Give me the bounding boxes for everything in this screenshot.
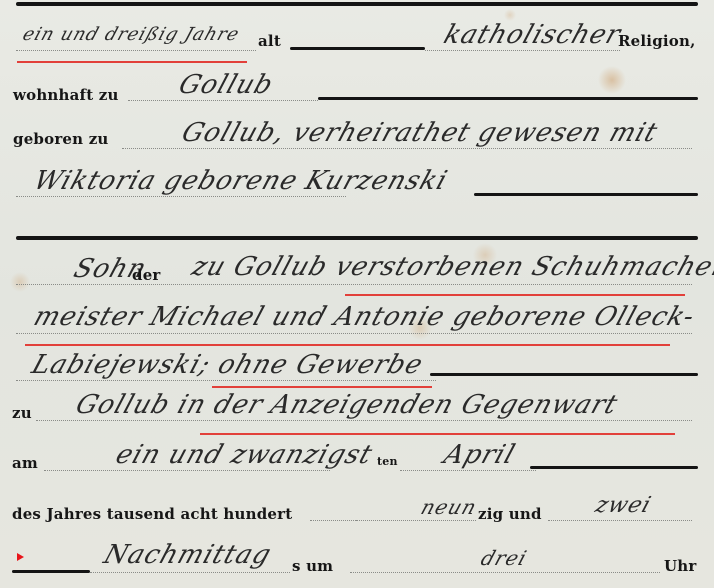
section-rule (16, 236, 698, 240)
printed-label-religion: Religion, (618, 32, 696, 50)
red-underline-annotation (25, 344, 670, 346)
fill-line (90, 572, 290, 573)
form-rule (530, 466, 698, 469)
form-rule (318, 97, 698, 100)
printed-label-geboren: geboren zu (13, 130, 109, 148)
fill-line (425, 50, 620, 51)
printed-label-s-um: s um (292, 557, 333, 575)
form-rule (290, 47, 425, 50)
handwritten-hour: drei (478, 546, 530, 570)
red-underline-annotation (17, 61, 247, 63)
printed-label-zig-und: zig und (478, 505, 542, 523)
fill-line (122, 148, 692, 149)
handwritten-age: ein und dreißig Jahre (20, 24, 242, 45)
handwritten-mother-occupation: Labiejewski; ohne Gewerbe (28, 350, 427, 380)
form-rule (16, 2, 698, 6)
printed-label-wohnhaft: wohnhaft zu (13, 86, 119, 104)
printed-label-zu: zu (12, 404, 32, 422)
fill-line (16, 380, 436, 381)
fill-line (548, 520, 692, 521)
handwritten-time-of-day: Nachmittag (100, 540, 275, 570)
handwritten-year-tens: neun (418, 495, 480, 519)
red-marker-triangle (17, 553, 24, 561)
form-rule (474, 193, 698, 196)
fill-line (16, 284, 692, 285)
handwritten-residence: Gollub (175, 70, 277, 100)
handwritten-parents-line2: meister Michael und Antonie geborene Oll… (30, 302, 699, 332)
handwritten-birthplace: Gollub, verheirathet gewesen mit (178, 118, 662, 148)
red-underline-annotation (212, 386, 432, 388)
fill-line (400, 470, 536, 471)
handwritten-parents-line1: zu Gollub verstorbenen Schuhmacher- (188, 252, 714, 282)
fill-line (356, 520, 476, 521)
fill-line (16, 196, 346, 197)
scanned-document-page: ein und dreißig Jahre alt katholischer R… (0, 0, 714, 588)
printed-label-uhr: Uhr (664, 557, 697, 575)
handwritten-year-units: zwei (592, 493, 655, 518)
form-rule (12, 570, 90, 573)
fill-line (16, 50, 256, 51)
printed-label-der: der (132, 266, 161, 284)
red-underline-annotation (200, 433, 675, 435)
fill-line (36, 420, 692, 421)
handwritten-place-presence: Gollub in der Anzeigenden Gegenwart (72, 390, 622, 420)
handwritten-religion: katholischer (440, 20, 625, 50)
printed-label-year: des Jahres tausend acht hundert (12, 505, 292, 523)
handwritten-month: April (440, 440, 519, 470)
printed-label-am: am (12, 454, 38, 472)
form-rule (430, 373, 698, 376)
fill-line (44, 470, 330, 471)
fill-line (16, 333, 692, 334)
printed-label-alt: alt (258, 32, 281, 50)
fill-line (350, 572, 660, 573)
handwritten-day: ein und zwanzigst (112, 440, 377, 470)
fill-line (128, 100, 318, 101)
handwritten-spouse: Wiktoria geborene Kurzenski (30, 166, 452, 196)
red-underline-annotation (345, 294, 685, 296)
printed-label-ten: ten (377, 455, 398, 468)
